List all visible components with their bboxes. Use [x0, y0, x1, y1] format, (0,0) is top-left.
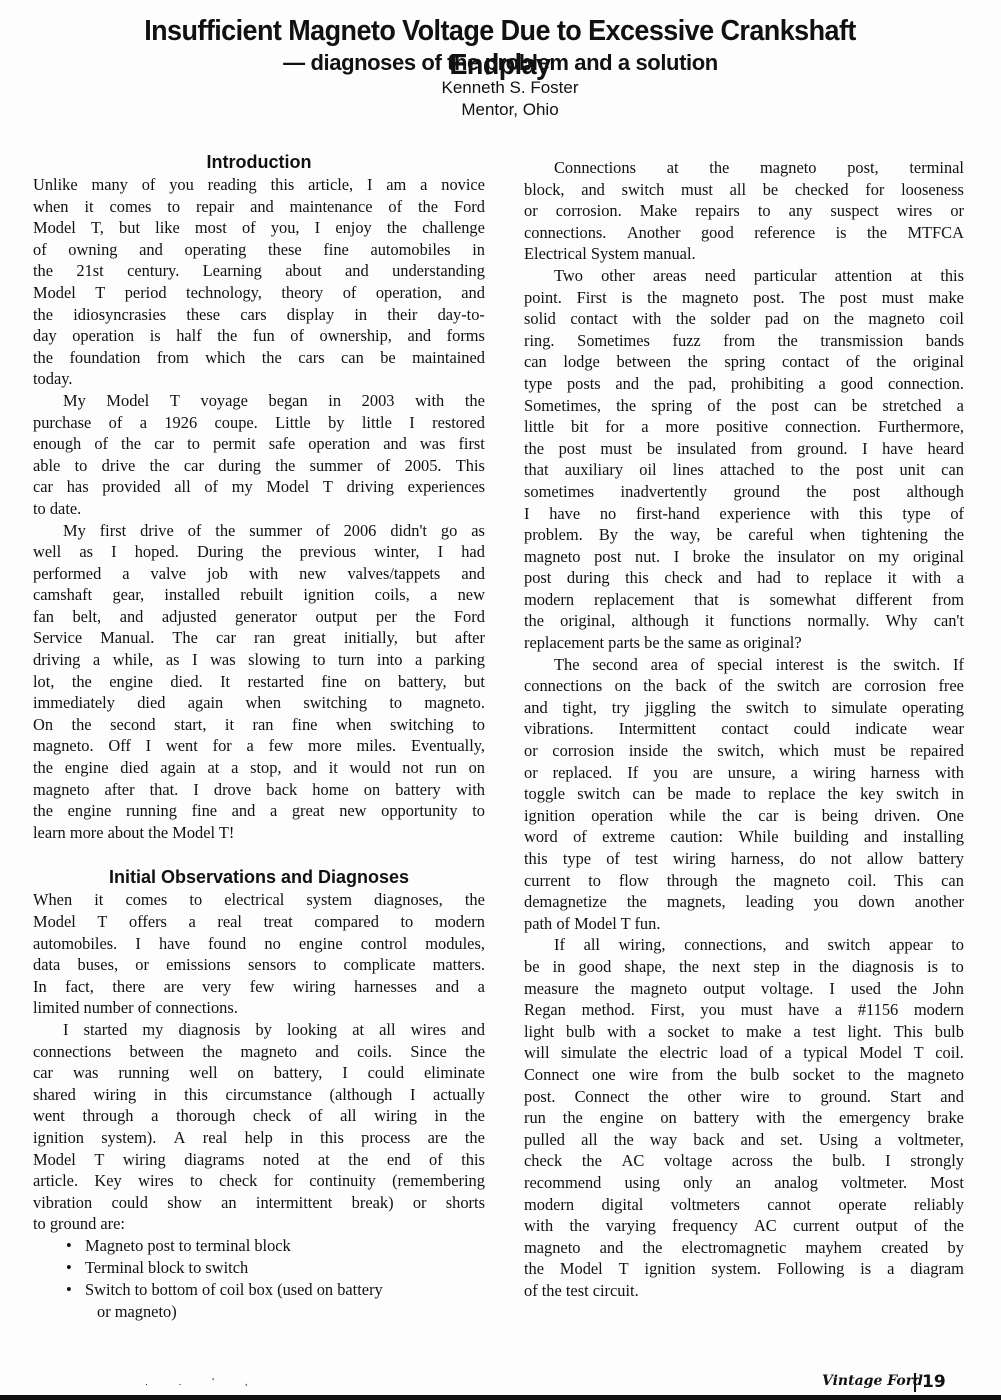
- footer-rule: [0, 1395, 1001, 1400]
- intro-paragraph-1: Unlikemanyofyoureadingthisarticle,Iamano…: [33, 174, 485, 390]
- text-line: ring.Sometimesfuzzfromthetransmissionban…: [524, 330, 964, 352]
- text-line: Unlikemanyofyoureadingthisarticle,Iamano…: [33, 174, 485, 196]
- text-line: purchaseofa1926coupe.LittlebylittleIrest…: [33, 412, 485, 434]
- text-line: littlebitforamorepositiveconnection.Furt…: [524, 416, 964, 438]
- author-location: Mentor, Ohio: [0, 99, 1001, 121]
- connections-paragraph: Connectionsatthemagnetopost,terminalbloc…: [524, 157, 964, 265]
- text-line: carhasprovidedallofmyModelTdrivingexperi…: [33, 476, 485, 498]
- text-line: theenginediedagainatastop,anditwouldnotr…: [33, 757, 485, 779]
- text-line: ignitionoperationwhilethecarisbeingdrive…: [524, 805, 964, 827]
- text-line: measurethemagnetooutputvoltage.IusedtheJ…: [524, 978, 964, 1000]
- text-line: to ground are:: [33, 1213, 485, 1235]
- text-line: wordofextremecaution:Whilebuildingandins…: [524, 826, 964, 848]
- text-line: Onthesecondstart,itranfinewhenswitchingt…: [33, 714, 485, 736]
- text-line: ofowningandoperatingthesefineautomobiles…: [33, 239, 485, 261]
- text-line: postduringthischeckandhadtoreplaceitwith…: [524, 567, 964, 589]
- text-line: the21stcentury.Learningaboutandunderstan…: [33, 260, 485, 282]
- text-line: Electrical System manual.: [524, 243, 964, 265]
- text-line: databuses,oremissionssensorstocomplicate…: [33, 954, 485, 976]
- text-line: moderndigitalvoltmeterscannotoperatereli…: [524, 1194, 964, 1216]
- text-line: magnetoandtheelectromagneticmayhemcreate…: [524, 1237, 964, 1259]
- text-line: of the test circuit.: [524, 1280, 964, 1302]
- list-item: • Switch to bottom of coil box (used on …: [33, 1279, 485, 1323]
- text-line: automobiles.Ihavefoundnoenginecontrolmod…: [33, 933, 485, 955]
- text-line: pulledallthewaybackandset.Usingavoltmete…: [524, 1129, 964, 1151]
- intro-paragraph-3: Myfirstdriveofthesummerof2006didn'tgoasw…: [33, 520, 485, 844]
- text-line: to date.: [33, 498, 485, 520]
- author-name: Kenneth S. Foster: [0, 77, 1001, 99]
- wire-checklist: • Magneto post to terminal block • Termi…: [33, 1235, 485, 1323]
- bullet-icon: •: [66, 1279, 72, 1301]
- text-line: vibrationcouldshowanintermittentbreak)or…: [33, 1192, 485, 1214]
- text-line: drivingawhile,asIwasslowingtoturnintoapa…: [33, 649, 485, 671]
- magazine-page: Insufficient Magneto Voltage Due to Exce…: [0, 0, 1001, 1400]
- text-line: article.Keywirestocheckforcontinuity(rem…: [33, 1170, 485, 1192]
- text-line: connectionsonthebackoftheswitcharecorros…: [524, 675, 964, 697]
- text-line: theenginerunningfineandagreatnewopportun…: [33, 800, 485, 822]
- text-line: beingoodshape,thenextstepinthediagnosisi…: [524, 956, 964, 978]
- text-line: connections.AnothergoodreferenceistheMTF…: [524, 222, 964, 244]
- text-line: limited number of connections.: [33, 997, 485, 1019]
- text-line: Twootherareasneedparticularattentionatth…: [524, 265, 964, 287]
- text-line: Thesecondareaofspecialinterestistheswitc…: [524, 654, 964, 676]
- text-line: wellasIhoped.Duringthepreviouswinter,Iha…: [33, 541, 485, 563]
- text-line: Reganmethod.First,youmusthavea#1156moder…: [524, 999, 964, 1021]
- text-line: wentthroughathoroughcheckofallwiringinth…: [33, 1105, 485, 1127]
- text-line: lot,theenginedied.Itrestartedfineonbatte…: [33, 671, 485, 693]
- text-line: vibrations.Intermittentcontactcouldindic…: [524, 718, 964, 740]
- text-line: theidiosyncrasiesthesecarsdisplayintheir…: [33, 304, 485, 326]
- text-line: Sometimes,thespringofthepostcanbestretch…: [524, 395, 964, 417]
- text-line: lightbulbwithasockettomakeatestlight.Thi…: [524, 1021, 964, 1043]
- text-line: withthevaryingfrequencyACcurrentoutputof…: [524, 1215, 964, 1237]
- list-item: • Magneto post to terminal block: [33, 1235, 485, 1257]
- text-line: problem.Bytheway,becarefulwhentightening…: [524, 524, 964, 546]
- text-line: toggleswitchcanbemadetoreplacethekeyswit…: [524, 783, 964, 805]
- text-line: Myfirstdriveofthesummerof2006didn'tgoas: [33, 520, 485, 542]
- text-line: carwasrunningwellonbattery,Icouldelimina…: [33, 1062, 485, 1084]
- print-marks: . . ' ,: [145, 1377, 262, 1388]
- voltage-measurement-paragraph: Ifallwiring,connections,andswitchappeart…: [524, 934, 964, 1301]
- text-line: magneto.OffIwentforafewmoremiles.Eventua…: [33, 735, 485, 757]
- footer-divider: [914, 1373, 916, 1392]
- text-line: typepostsandthepad,prohibitingagoodconne…: [524, 373, 964, 395]
- text-line: Infact,thereareveryfewwiringharnessesand…: [33, 976, 485, 998]
- publication-name: Vintage Ford: [822, 1373, 923, 1389]
- text-line: orcorrosioninsidetheswitch,whichmustbere…: [524, 740, 964, 762]
- text-line: learn more about the Model T!: [33, 822, 485, 844]
- text-line: thefoundationfromwhichthecarscanbemainta…: [33, 347, 485, 369]
- text-line: post.Connecttheotherwiretoground.Startan…: [524, 1086, 964, 1108]
- text-line: runtheengineonbatterywiththeemergencybra…: [524, 1107, 964, 1129]
- text-line: ModelT,butlikemostofyou,Ienjoythechallen…: [33, 217, 485, 239]
- observations-paragraph-1: Whenitcomestoelectricalsystemdiagnoses,t…: [33, 889, 485, 1019]
- text-line: Istartedmydiagnosisbylookingatallwiresan…: [33, 1019, 485, 1041]
- text-line: connectionsbetweenthemagnetoandcoils.Sin…: [33, 1041, 485, 1063]
- text-line: thistypeoftestwiringharness,donotallowba…: [524, 848, 964, 870]
- text-line: willsimulatetheelectricloadofatypicalMod…: [524, 1042, 964, 1064]
- text-line: Ihavenofirst-handexperiencewiththistypeo…: [524, 503, 964, 525]
- text-line: fanbelt,andadjustedgeneratoroutputperthe…: [33, 606, 485, 628]
- text-line: thatauxiliaryoillinesattachedtothepostun…: [524, 459, 964, 481]
- text-line: dayoperationishalfthefunofownership,andf…: [33, 325, 485, 347]
- text-line: whenitcomestorepairandmaintenanceoftheFo…: [33, 196, 485, 218]
- text-line: performedavalvejobwithnewvalves/tappetsa…: [33, 563, 485, 585]
- text-line: recommendusingonlyananalogvoltmeter.Most: [524, 1172, 964, 1194]
- observations-paragraph-2: Istartedmydiagnosisbylookingatallwiresan…: [33, 1019, 485, 1235]
- right-column: Connectionsatthemagnetopost,terminalbloc…: [524, 157, 964, 1301]
- text-line: point.Firstisthemagnetopost.Thepostmustm…: [524, 287, 964, 309]
- text-line: solidcontactwiththesolderpadonthemagneto…: [524, 308, 964, 330]
- text-line: theModelTignitionsystem.Followingisadiag…: [524, 1258, 964, 1280]
- text-line: modernreplacementthatissomewhatdifferent…: [524, 589, 964, 611]
- left-column: Introduction Unlikemanyofyoureadingthisa…: [33, 150, 485, 1323]
- text-line: camshaftgear,installedrebuiltignitioncoi…: [33, 584, 485, 606]
- text-line: magnetopostnut.Ibroketheinsulatoronmyori…: [524, 546, 964, 568]
- text-line: MyModelTvoyagebeganin2003withthe: [33, 390, 485, 412]
- text-line: magnetoafterthat.Idrovebackhomeonbattery…: [33, 779, 485, 801]
- section-gap: [33, 843, 485, 865]
- text-line: currenttoflowthroughthemagnetocoil.Thisc…: [524, 870, 964, 892]
- section-heading-initial-observations: Initial Observations and Diagnoses: [33, 865, 485, 889]
- magneto-post-paragraph: Twootherareasneedparticularattentionatth…: [524, 265, 964, 654]
- text-line: canlodgebetweenthespringcontactoftheorig…: [524, 351, 964, 373]
- bullet-icon: •: [66, 1257, 72, 1279]
- switch-paragraph: Thesecondareaofspecialinterestistheswitc…: [524, 654, 964, 935]
- text-line: ModelToffersarealtreatcomparedtomodern: [33, 911, 485, 933]
- article-subtitle: — diagnoses of the problem and a solutio…: [0, 50, 1001, 76]
- text-line: ModelTperiodtechnology,theoryofoperation…: [33, 282, 485, 304]
- text-line: demagnetizethemagnets,leadingyoudownanot…: [524, 891, 964, 913]
- text-line: immediatelydiedagainwhenswitchingtomagne…: [33, 692, 485, 714]
- text-line: ServiceManual.Thecarrangreatinitially,bu…: [33, 627, 485, 649]
- list-item: • Terminal block to switch: [33, 1257, 485, 1279]
- text-line: today.: [33, 368, 485, 390]
- text-line: Connectionsatthemagnetopost,terminal: [524, 157, 964, 179]
- text-line: block,andswitchmustallbecheckedforloosen…: [524, 179, 964, 201]
- page-number: 19: [922, 1372, 946, 1392]
- text-line: Ifallwiring,connections,andswitchappeart…: [524, 934, 964, 956]
- text-line: theoriginal,althoughitfunctionsnormally.…: [524, 610, 964, 632]
- text-line: ModelTwiringdiagramsnotedattheendofthis: [33, 1149, 485, 1171]
- text-line: checktheACvoltageacrossthebulb.Istrongly: [524, 1150, 964, 1172]
- text-line: ignitionsystem).Arealhelpinthisprocessar…: [33, 1127, 485, 1149]
- text-line: enoughofthecartopermitsafeoperationandwa…: [33, 433, 485, 455]
- text-line: sharedwiringinthiscircumstance(althoughI…: [33, 1084, 485, 1106]
- text-line: Connectonewirefromthebulbsockettothemagn…: [524, 1064, 964, 1086]
- text-line: thepostmustbeinsulatedfromground.Ihavehe…: [524, 438, 964, 460]
- bullet-icon: •: [66, 1235, 72, 1257]
- text-line: path of Model T fun.: [524, 913, 964, 935]
- text-line: sometimesinadvertentlygroundthepostaltho…: [524, 481, 964, 503]
- text-line: andtight,tryjigglingtheswitchtosimulateo…: [524, 697, 964, 719]
- intro-paragraph-2: MyModelTvoyagebeganin2003withthepurchase…: [33, 390, 485, 520]
- section-heading-introduction: Introduction: [33, 150, 485, 174]
- text-line: orcorrosion.Makerepairstoanysuspectwires…: [524, 200, 964, 222]
- text-line: replacement parts be the same as origina…: [524, 632, 964, 654]
- text-line: abletodrivethecarduringthesummerof2005.T…: [33, 455, 485, 477]
- text-line: Whenitcomestoelectricalsystemdiagnoses,t…: [33, 889, 485, 911]
- text-line: orreplaced.Ifyouareunsure,awiringharness…: [524, 762, 964, 784]
